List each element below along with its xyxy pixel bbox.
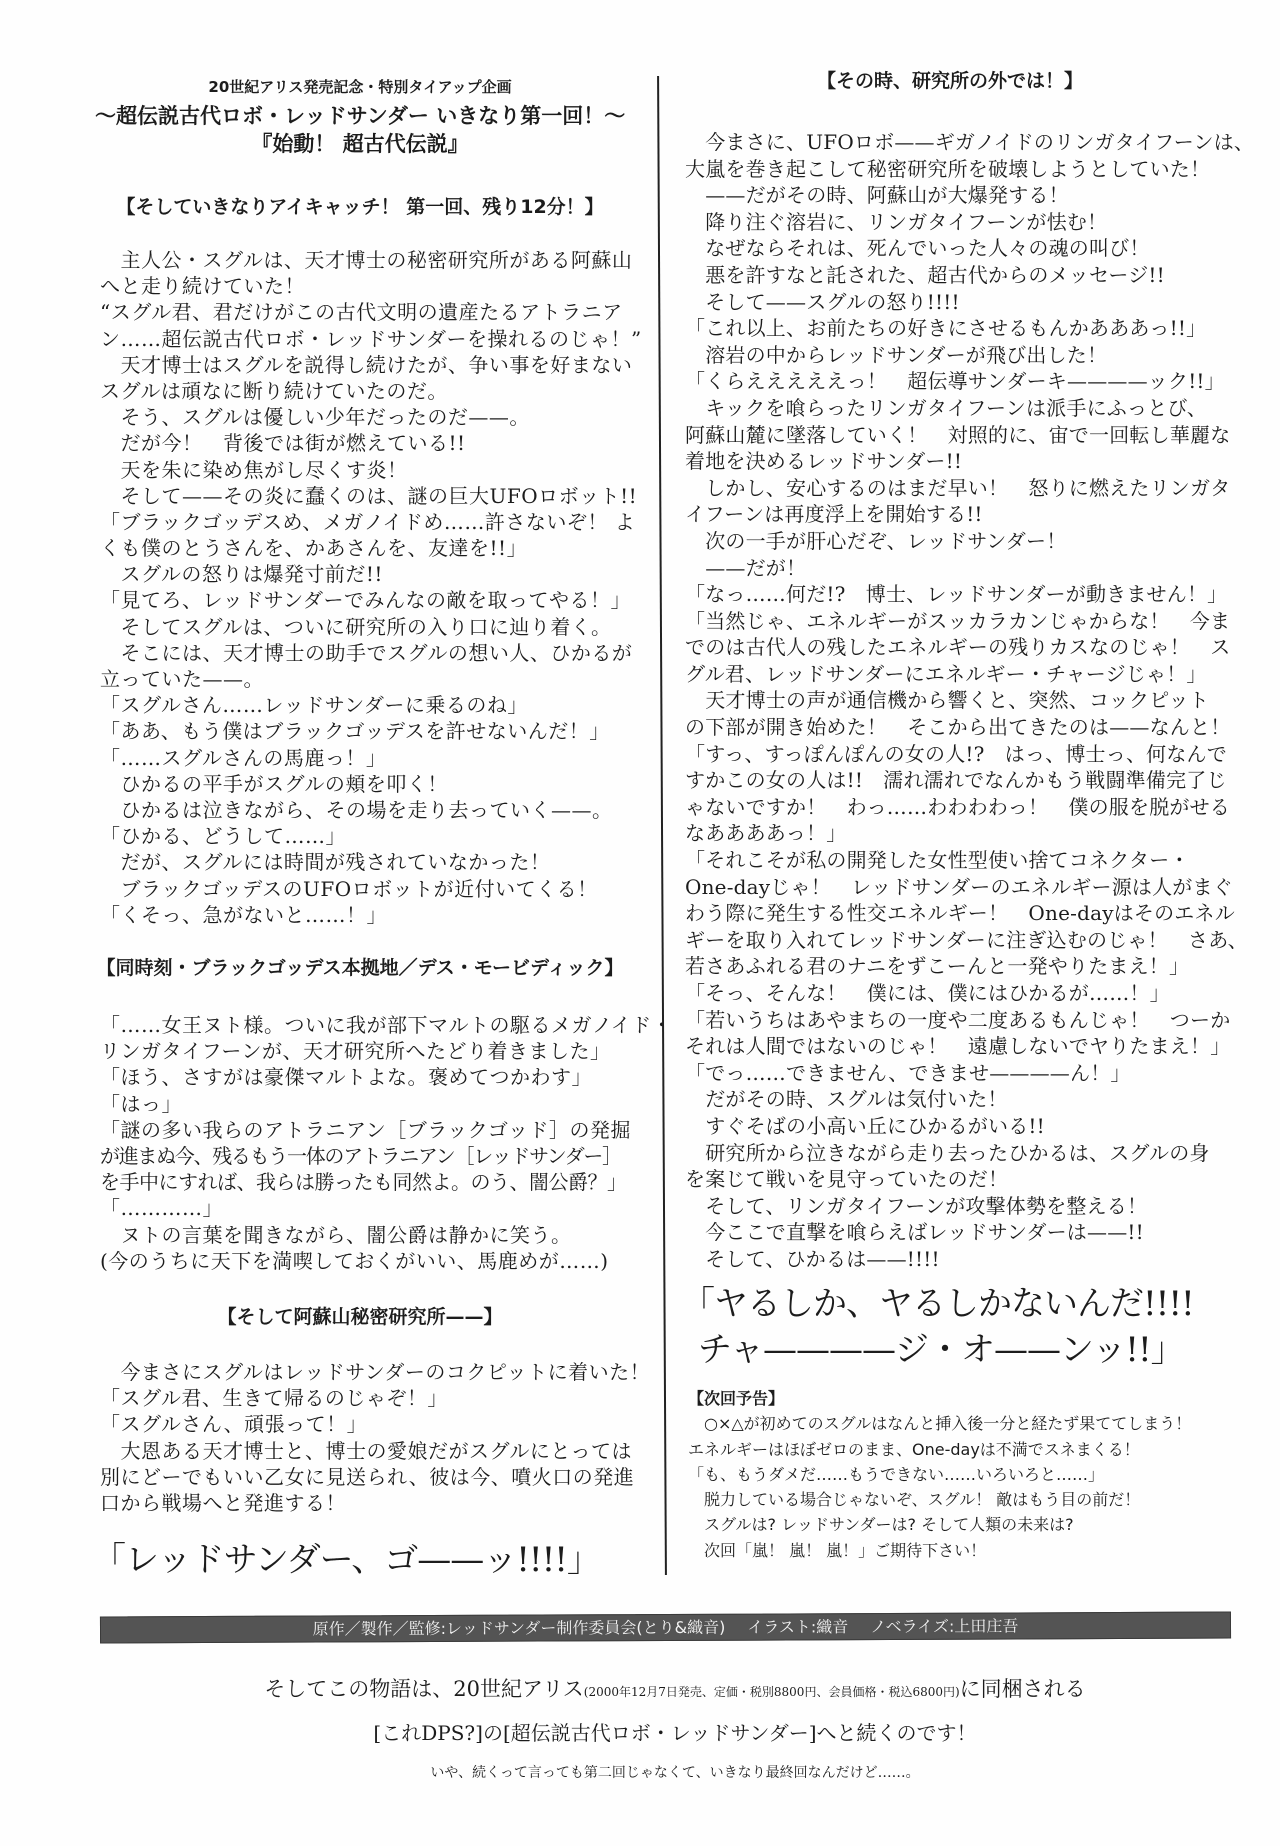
text-line: 溶岩の中からレッドサンダーが飛び出した！ [685,342,1265,369]
text-line: ヌトの言葉を聞きながら、闇公爵は静かに笑う。 [100,1222,660,1248]
text-line: 「ブラックゴッデスめ、メガノイドめ……許さないぞ！ よ [100,509,660,535]
credit-illustration: イラスト:織音 [747,1617,848,1636]
section-heading: 【同時刻・ブラックゴッデス本拠地／デス・モービディック】 [95,955,625,981]
text-line: “スグル君、君だけがこの古代文明の遺産たるアトラニア [100,299,660,325]
document-page: 20世紀アリス発売記念・特別タイアップ企画 〜超伝説古代ロボ・レッドサンダー い… [0,0,1280,1846]
text-line: グル君、レッドサンダーにエネルギー・チャージじゃ！」 [685,661,1265,688]
text-line: そう、スグルは優しい少年だったのだ——。 [100,404,660,430]
shout-line: チャ————ジ・オ——ンッ!!」 [681,1327,1194,1373]
text-line: 次の一手が肝心だぞ、レッドサンダー！ [685,528,1265,555]
text-line: なああああっ！」 [685,820,1265,847]
text-line: だがその時、スグルは気付いた！ [685,1086,1265,1113]
text-line: 「すっ、すっぽんぽんの女の人!? はっ、博士っ、何なんで [685,741,1265,768]
text-line: 天才博士はスグルを説得し続けたが、争い事を好まない [100,352,660,378]
text-line: スグルは頑なに断り続けていたのだ。 [100,378,660,404]
text-line: 口から戦場へと発進する！ [100,1490,660,1516]
promo-kicker: 20世紀アリス発売記念・特別タイアップ企画 [95,78,625,96]
next-episode-preview: 【次回予告】 ○×△が初めてのスグルはなんと挿入後一分と経たず果ててしまう！ エ… [688,1386,1268,1563]
text-line: ン……超伝説古代ロボ・レッドサンダーを操れるのじゃ！” [100,326,660,352]
text-line: スグルの怒りは爆発寸前だ!! [100,561,660,587]
shout-text: 「レッドサンダー、ゴ——ッ!!!!」 [92,1537,600,1583]
section-heading: 【そして阿蘇山秘密研究所——】 [95,1304,625,1330]
text-line: 阿蘇山麓に墜落していく！ 対照的に、宙で一回転し華麗な [685,422,1265,449]
text-line: すかこの女の人は!! 濡れ濡れでなんかもう戦闘準備完了じ [685,767,1265,794]
text-line: 今まさに、UFOロボ——ギガノイドのリンガタイフーンは、 [685,129,1265,156]
shout-text: 「ヤるしか、ヤるしかないんだ!!!! チャ————ジ・オ——ンッ!!」 [681,1281,1194,1373]
credit-original: 原作／製作／監修:レッドサンダー制作委員会(とり&織音) [313,1618,726,1639]
bundle-notice: そしてこの物語は、20世紀アリス(2000年12月7日発売、定価・税別8800円… [190,1674,1160,1707]
text-line: キックを喰らったリンガタイフーンは派手にふっとび、 [685,395,1265,422]
preview-line: 脱力している場合じゃないぞ、スグル！ 敵はもう目の前だ！ [688,1487,1268,1512]
preview-line: スグルは? レッドサンダーは? そして人類の未来は? [688,1512,1268,1537]
text-line: 「これ以上、お前たちの好きにさせるもんかあああっ!!」 [685,315,1265,342]
text-line: だが今！ 背後では街が燃えている!! [100,430,660,456]
continuation-notice: [これDPS?]の[超伝説古代ロボ・レッドサンダー]へと続くのです！ [190,1718,1160,1748]
text-line: そして、ひかるは——!!!! [685,1246,1265,1273]
story-text-block: 今まさに、UFOロボ——ギガノイドのリンガタイフーンは、 大嵐を巻き起こして秘密… [685,129,1265,1273]
text-line: なぜならそれは、死んでいった人々の魂の叫び！ [685,235,1265,262]
text-line: ——だがその時、阿蘇山が大爆発する！ [685,182,1265,209]
text-line: 主人公・スグルは、天才博士の秘密研究所がある阿蘇山 [100,247,660,273]
text-line: 今ここで直撃を喰らえばレッドサンダーは——!! [685,1219,1265,1246]
text-line: 天を朱に染め焦がし尽くす炎！ [100,457,660,483]
text-line: 「スグル君、生きて帰るのじゃぞ！」 [100,1385,660,1411]
release-info: (2000年12月7日発売、定価・税別8800円、会員価格・税込6800円) [584,1685,960,1699]
text-line: を手中にすれば、我らは勝ったも同然よ。のう、闇公爵？」 [100,1169,660,1195]
text-line: 降り注ぐ溶岩に、リンガタイフーンが怯む！ [685,209,1265,236]
text-line: だが、スグルには時間が残されていなかった！ [100,849,660,875]
text-line: 「スグルさん……レッドサンダーに乗るのね」 [100,692,660,718]
shout-line: 「ヤるしか、ヤるしかないんだ!!!! [681,1281,1194,1327]
story-text-block: 「……女王ヌト様。ついに我が部下マルトの駆るメガノイド・ リンガタイフーンが、天… [100,1012,660,1274]
text-line: 「そっ、そんな！ 僕には、僕にはひかるが……！」 [685,980,1265,1007]
text-line: (今のうちに天下を満喫しておくがいい、馬鹿めが……) [100,1248,660,1274]
credits-bar: 原作／製作／監修:レッドサンダー制作委員会(とり&織音)イラスト:織音ノベライズ… [100,1612,1231,1644]
text-line: 「ほう、さすがは豪傑マルトよな。褒めてつかわす」 [100,1064,660,1090]
text-line: 着地を決めるレッドサンダー!! [685,448,1265,475]
preview-line: 次回「嵐！ 嵐！ 嵐！」ご期待下さい！ [688,1538,1268,1563]
text-line: 「……女王ヌト様。ついに我が部下マルトの駆るメガノイド・ [100,1012,660,1038]
text-line: 「くそっ、急がないと……！」 [100,902,660,928]
text-line: 「スグルさん、頑張って！」 [100,1411,660,1437]
text-line: 「…………」 [100,1195,660,1221]
text-line: それは人間ではないのじゃ！ 遠慮しないでヤりたまえ！」 [685,1033,1265,1060]
preview-line: 「も、もうダメだ……もうできない……いろいろと……」 [688,1462,1268,1487]
text-line: ひかるは泣きながら、その場を走り去っていく——。 [100,797,660,823]
text-line: 「若いうちはあやまちの一度や二度あるもんじゃ！ つーか [685,1007,1265,1034]
text-line: ひかるの平手がスグルの頬を叩く！ [100,771,660,797]
text-line: One-dayじゃ！ レッドサンダーのエネルギー源は人がまぐ [685,874,1265,901]
aside-note: いや、続くって言っても第二回じゃなくて、いきなり最終回なんだけど……。 [190,1763,1160,1783]
text-line: そして——その炎に蠢くのは、謎の巨大UFOロボット!! [100,483,660,509]
text-line: ——だが！ [685,555,1265,582]
section-heading: 【そしていきなりアイキャッチ！ 第一回、残り12分！】 [95,194,625,220]
text-line: そこには、天才博士の助手でスグルの想い人、ひかるが [100,640,660,666]
text-line: 大嵐を巻き起こして秘密研究所を破壊しようとしていた！ [685,156,1265,183]
text-line: 「なっ……何だ!? 博士、レッドサンダーが動きません！」 [685,581,1265,608]
preview-heading: 【次回予告】 [688,1386,1268,1411]
text-line: 大恩ある天才博士と、博士の愛娘だがスグルにとっては [100,1438,660,1464]
text-line: の下部が開き始めた！ そこから出てきたのは——なんと！ [685,714,1265,741]
text-line: 「当然じゃ、エネルギーがスッカラカンじゃからな！ 今ま [685,608,1265,635]
text-line: が進まぬ今、残るもう一体のアトラニアン［レッドサンダー］ [100,1143,660,1169]
text-line: すぐそばの小高い丘にひかるがいる!! [685,1113,1265,1140]
story-text-block: 主人公・スグルは、天才博士の秘密研究所がある阿蘇山 へと走り続けていた！ “スグ… [100,247,660,928]
credit-novelize: ノベライズ:上田庄吾 [870,1616,1018,1636]
text-line: 「でっ……できません、できませ————ん！」 [685,1060,1265,1087]
text-line: ギーを取り入れてレッドサンダーに注ぎ込むのじゃ！ さあ、 [685,927,1265,954]
text-line: 「見てろ、レッドサンダーでみんなの敵を取ってやる！」 [100,587,660,613]
text-line: へと走り続けていた！ [100,273,660,299]
text-line: 若さあふれる君のナニをずこーんと一発やりたまえ！」 [685,953,1265,980]
text-line: を案じて戦いを見守っていたのだ！ [685,1166,1265,1193]
story-title: 〜超伝説古代ロボ・レッドサンダー いきなり第一回！〜 [95,102,625,130]
text-line: 「ひかる、どうして……」 [100,823,660,849]
bundle-lead: そしてこの物語は、20世紀アリス [264,1677,583,1701]
text-line: 「それこそが私の開発した女性型使い捨てコネクター・ [685,847,1265,874]
text-line: そして、リンガタイフーンが攻撃体勢を整える！ [685,1193,1265,1220]
text-line: そして——スグルの怒り!!!! [685,289,1265,316]
text-line: ブラックゴッデスのUFOロボットが近付いてくる！ [100,876,660,902]
episode-title: 『始動！ 超古代伝説』 [95,130,625,158]
text-line: 別にどーでもいい乙女に見送られ、彼は今、噴火口の発進 [100,1464,660,1490]
text-line: わう際に発生する性交エネルギー！ One-dayはそのエネル [685,900,1265,927]
text-line: イフーンは再度浮上を開始する!! [685,501,1265,528]
text-line: くも僕のとうさんを、かあさんを、友達を!!」 [100,535,660,561]
shout-line: 「レッドサンダー、ゴ——ッ!!!!」 [92,1537,600,1583]
text-line: 「はっ」 [100,1091,660,1117]
text-line: 立っていた——。 [100,666,660,692]
text-line: 「謎の多い我らのアトラニアン［ブラックゴッド］の発掘 [100,1117,660,1143]
preview-line: エネルギーはほぼゼロのまま、One-dayは不満でスネまくる！ [688,1437,1268,1462]
section-heading: 【その時、研究所の外では！】 [685,68,1215,94]
text-line: 「ああ、もう僕はブラックゴッデスを許せないんだ！」 [100,718,660,744]
text-line: 研究所から泣きながら走り去ったひかるは、スグルの身 [685,1140,1265,1167]
bundle-lead-end: に同梱される [960,1677,1086,1701]
text-line: 今まさにスグルはレッドサンダーのコクピットに着いた！ [100,1359,660,1385]
story-text-block: 今まさにスグルはレッドサンダーのコクピットに着いた！ 「スグル君、生きて帰るのじ… [100,1359,660,1516]
text-line: ゃないですか！ わっ……わわわわっ！ 僕の服を脱がせる [685,794,1265,821]
text-line: 「……スグルさんの馬鹿っ！」 [100,745,660,771]
text-line: 悪を許すなと託された、超古代からのメッセージ!! [685,262,1265,289]
text-line: しかし、安心するのはまだ早い！ 怒りに燃えたリンガタ [685,475,1265,502]
text-line: そしてスグルは、ついに研究所の入り口に辿り着く。 [100,614,660,640]
text-line: 天才博士の声が通信機から響くと、突然、コックピット [685,687,1265,714]
text-line: リンガタイフーンが、天才研究所へたどり着きました」 [100,1038,660,1064]
text-line: でのは古代人の残したエネルギーの残りカスなのじゃ！ ス [685,634,1265,661]
preview-line: ○×△が初めてのスグルはなんと挿入後一分と経たず果ててしまう！ [688,1411,1268,1436]
text-line: 「くらえええええっ！ 超伝導サンダーキ————ック!!」 [685,368,1265,395]
